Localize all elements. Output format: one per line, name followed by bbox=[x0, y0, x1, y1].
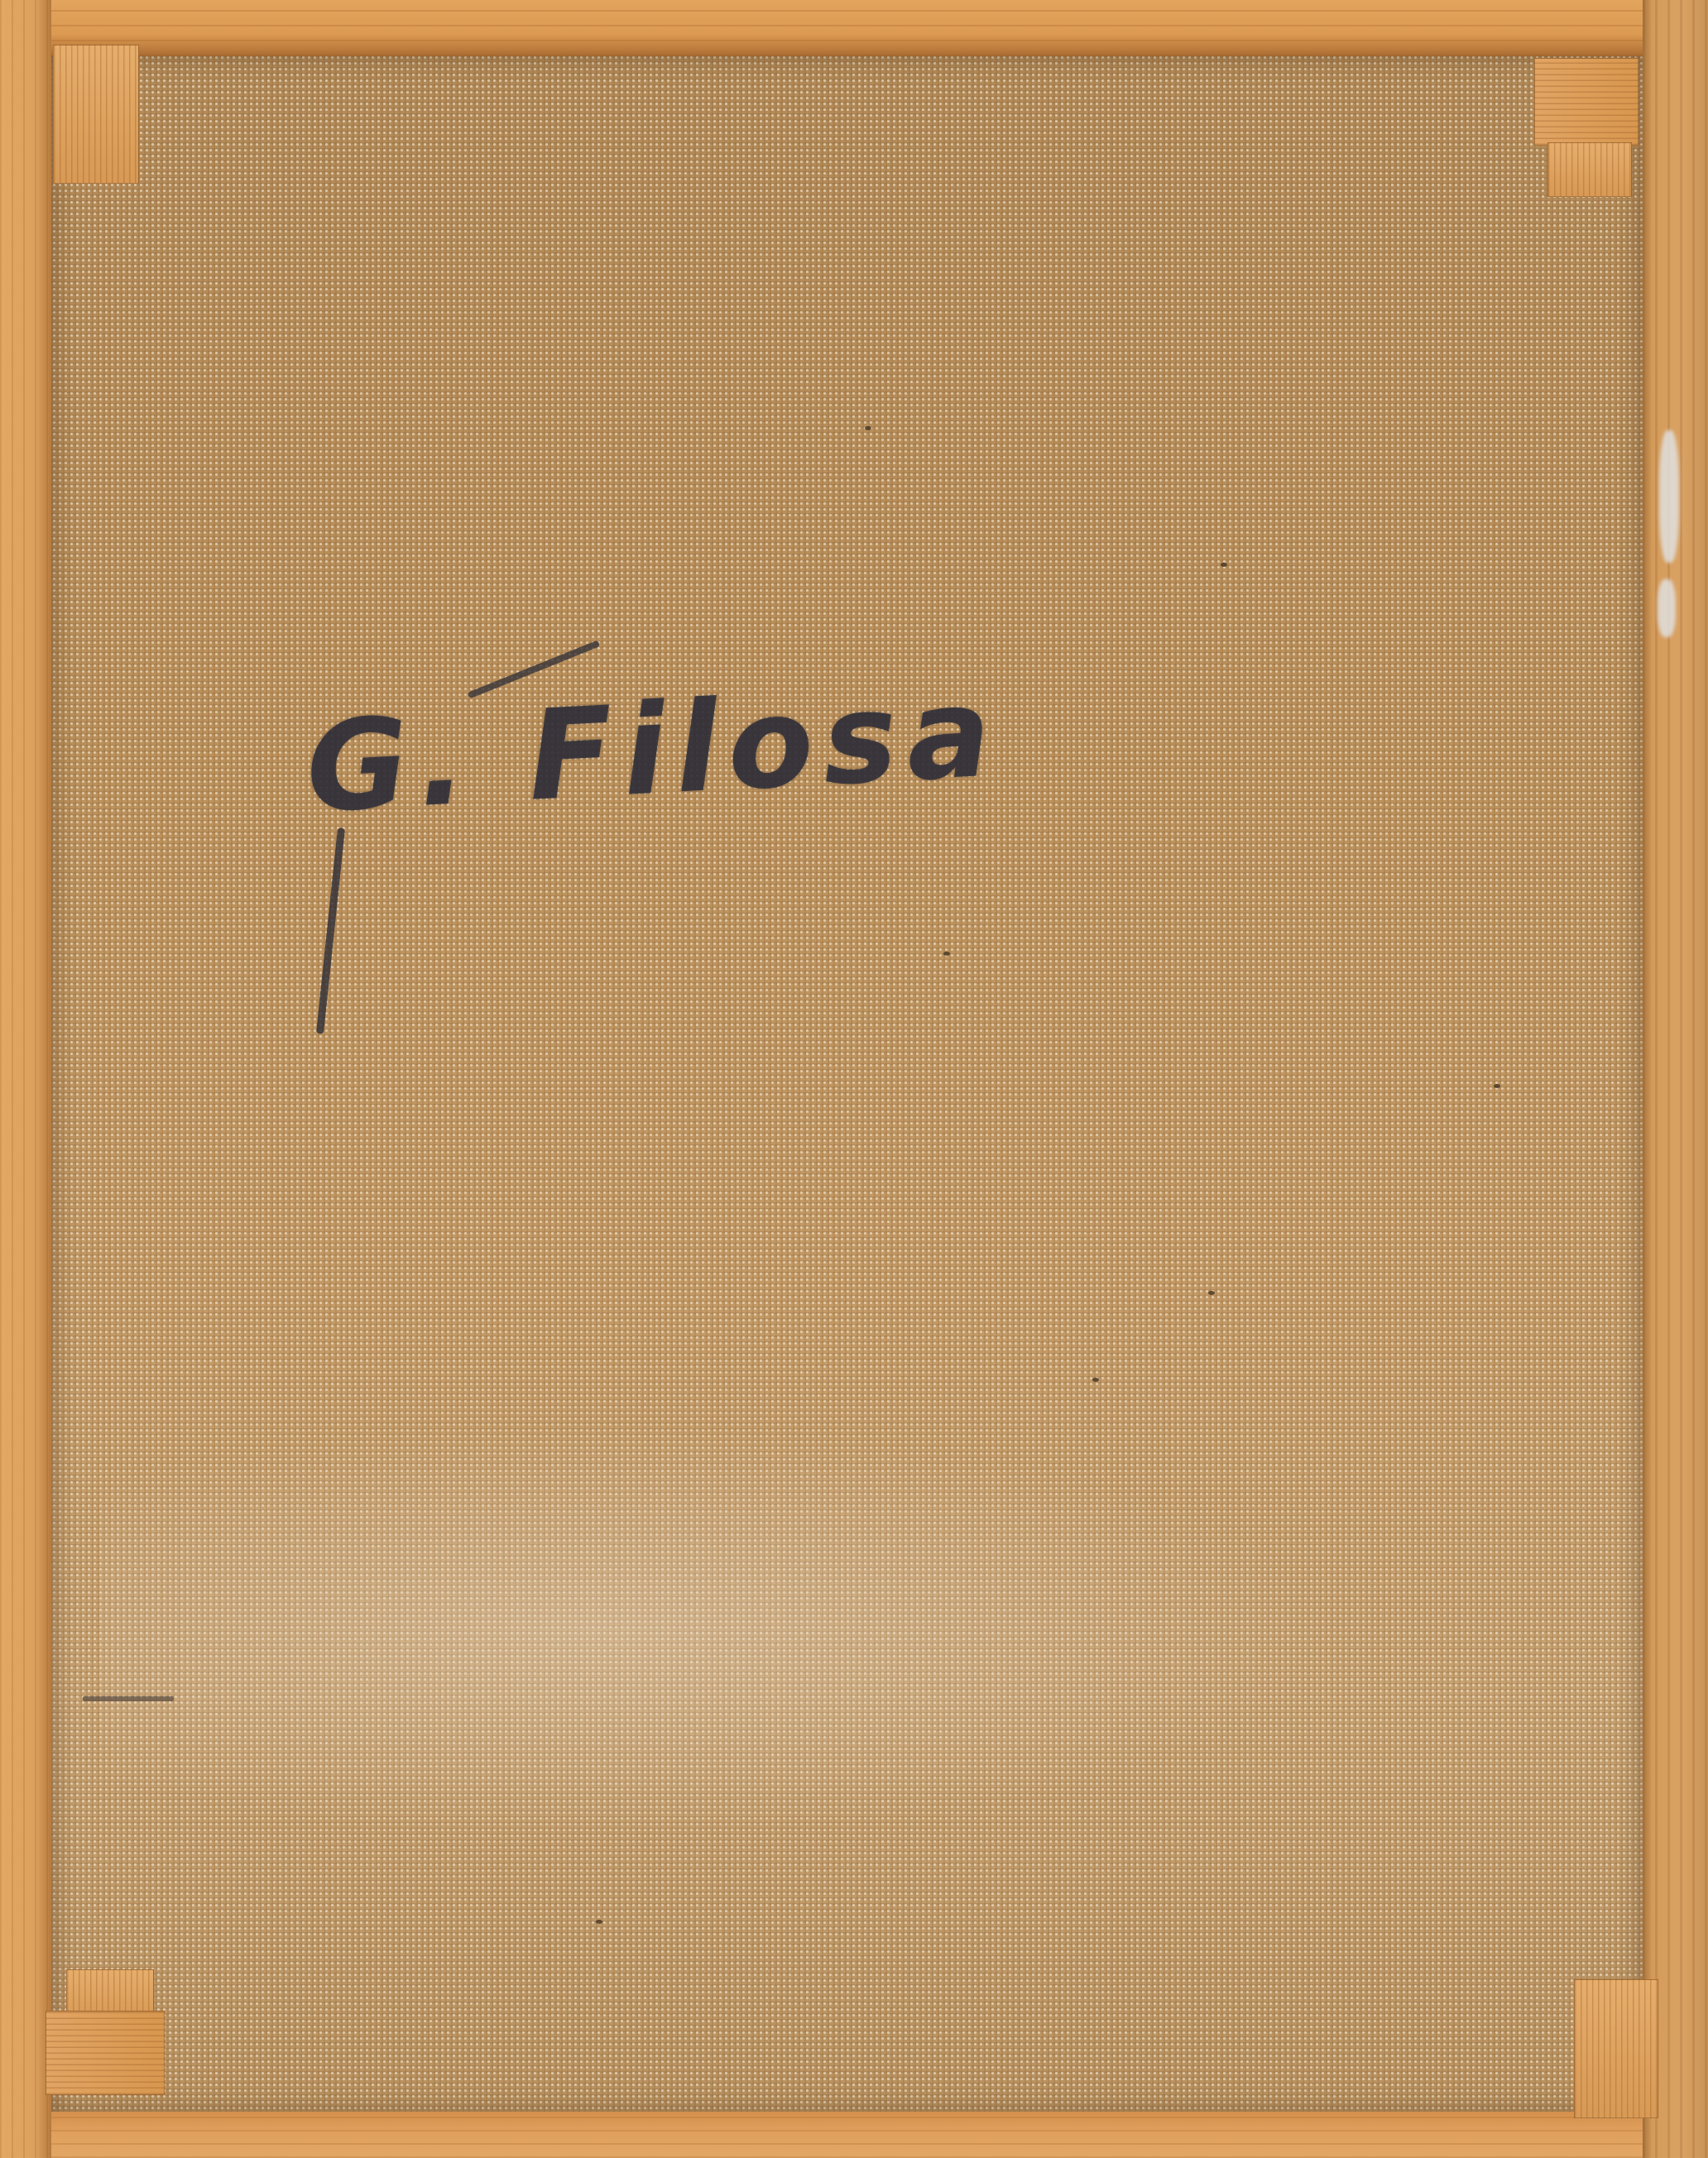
corner-key-bottom-right bbox=[1574, 1979, 1658, 2118]
stretcher-bar-bottom bbox=[0, 2112, 1708, 2158]
corner-key-top-right-horizontal bbox=[1534, 58, 1638, 146]
corner-key-bottom-left-horizontal bbox=[46, 2011, 165, 2095]
canvas-speck bbox=[1494, 1084, 1500, 1088]
corner-key-top-left bbox=[53, 45, 139, 184]
canvas-dash-marks bbox=[83, 1696, 174, 1701]
canvas-speck bbox=[1092, 1378, 1099, 1382]
stretcher-bar-right bbox=[1643, 0, 1708, 2158]
canvas-speck bbox=[865, 426, 871, 430]
canvas-speck bbox=[1221, 563, 1227, 567]
paint-smear bbox=[1658, 579, 1676, 637]
canvas-light-patch bbox=[99, 1423, 1341, 1837]
stretcher-bar-left bbox=[0, 0, 51, 2158]
canvas-speck bbox=[943, 952, 950, 956]
canvas-back-photo: G. Filosa bbox=[0, 0, 1708, 2158]
canvas-speck bbox=[1208, 1291, 1215, 1295]
stretcher-bar-top bbox=[0, 0, 1708, 56]
canvas-speck bbox=[596, 1920, 602, 1924]
corner-key-top-right-vertical bbox=[1547, 142, 1632, 197]
paint-smear bbox=[1659, 430, 1679, 563]
